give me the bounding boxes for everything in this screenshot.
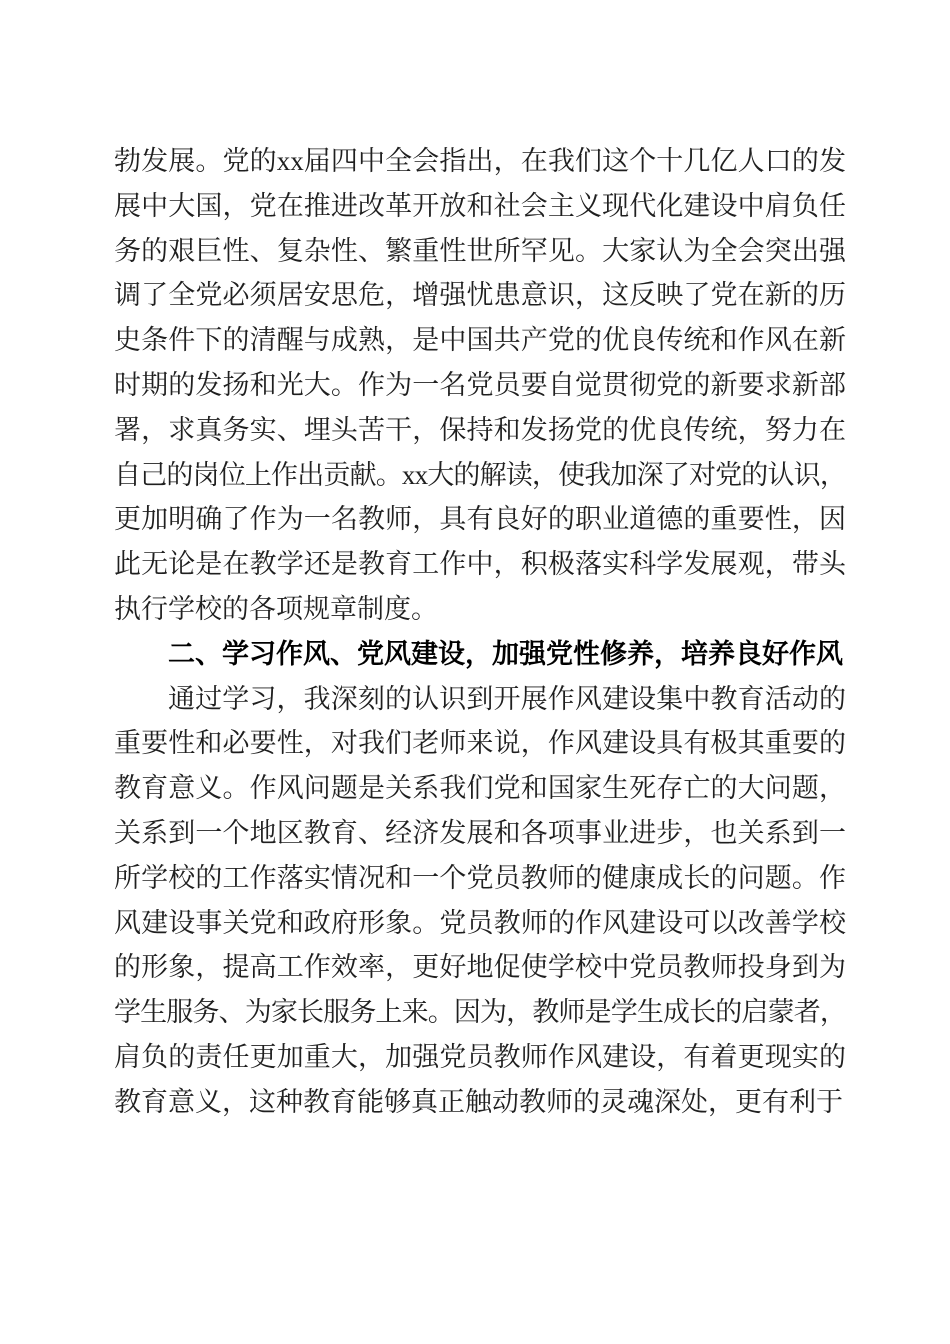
text-line: 自己的岗位上作出贡献。xx大的解读，使我加深了对党的认识， (114, 453, 846, 498)
text-line: 此无论是在教学还是教育工作中，积极落实科学发展观，带头 (114, 542, 846, 587)
text-line: 执行学校的各项规章制度。 (114, 587, 846, 632)
text-line: 务的艰巨性、复杂性、繁重性世所罕见。大家认为全会突出强 (114, 229, 846, 274)
document-text-block: 勃发展。党的xx届四中全会指出，在我们这个十几亿人口的发展中大国，党在推进改革开… (114, 139, 846, 1125)
text-line: 通过学习，我深刻的认识到开展作风建设集中教育活动的 (114, 677, 846, 722)
paragraph-continuation: 勃发展。党的xx届四中全会指出，在我们这个十几亿人口的发展中大国，党在推进改革开… (114, 139, 846, 632)
text-line: 展中大国，党在推进改革开放和社会主义现代化建设中肩负任 (114, 184, 846, 229)
text-line: 时期的发扬和光大。作为一名党员要自觉贯彻党的新要求新部 (114, 363, 846, 408)
text-line: 肩负的责任更加重大，加强党员教师作风建设，有着更现实的 (114, 1035, 846, 1080)
document-page: 勃发展。党的xx届四中全会指出，在我们这个十几亿人口的发展中大国，党在推进改革开… (0, 0, 950, 1344)
text-line: 教育意义。作风问题是关系我们党和国家生死存亡的大问题， (114, 766, 846, 811)
text-line: 学生服务、为家长服务上来。因为，教师是学生成长的启蒙者， (114, 990, 846, 1035)
text-line: 关系到一个地区教育、经济发展和各项事业进步，也关系到一 (114, 811, 846, 856)
text-line: 风建设事关党和政府形象。党员教师的作风建设可以改善学校 (114, 901, 846, 946)
text-line: 重要性和必要性，对我们老师来说，作风建设具有极其重要的 (114, 721, 846, 766)
text-line: 署，求真务实、埋头苦干，保持和发扬党的优良传统，努力在 (114, 408, 846, 453)
text-line: 的形象，提高工作效率，更好地促使学校中党员教师投身到为 (114, 945, 846, 990)
text-line: 所学校的工作落实情况和一个党员教师的健康成长的问题。作 (114, 856, 846, 901)
text-line: 更加明确了作为一名教师，具有良好的职业道德的重要性，因 (114, 497, 846, 542)
text-line: 教育意义，这种教育能够真正触动教师的灵魂深处，更有利于 (114, 1080, 846, 1125)
text-line: 勃发展。党的xx届四中全会指出，在我们这个十几亿人口的发 (114, 139, 846, 184)
section-heading: 二、学习作风、党风建设，加强党性修养，培养良好作风 (114, 632, 846, 677)
paragraph-2: 通过学习，我深刻的认识到开展作风建设集中教育活动的重要性和必要性，对我们老师来说… (114, 677, 846, 1125)
text-line: 史条件下的清醒与成熟，是中国共产党的优良传统和作风在新 (114, 318, 846, 363)
text-line: 调了全党必须居安思危，增强忧患意识，这反映了党在新的历 (114, 273, 846, 318)
